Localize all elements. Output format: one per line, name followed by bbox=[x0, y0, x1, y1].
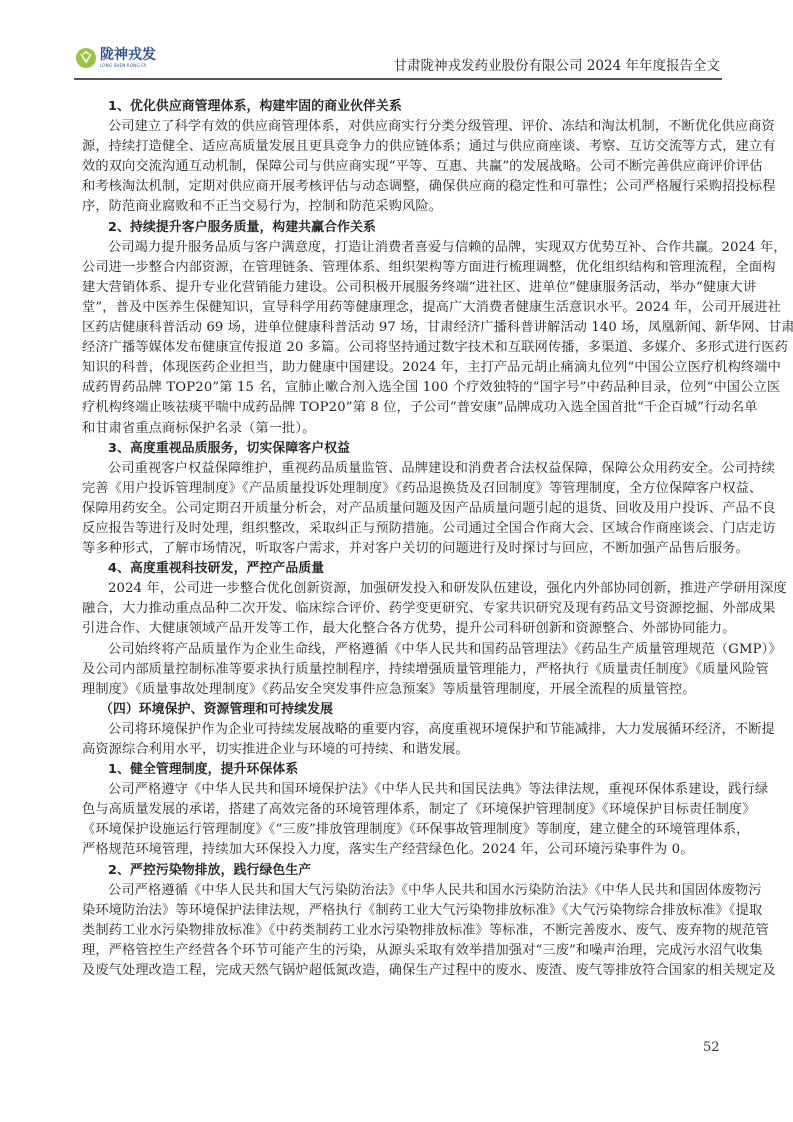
paragraph-first-line: 公司严格遵循《中华人民共和国大气污染防治法》《中华人民共和国水污染防治法》《中华… bbox=[82, 881, 732, 901]
paragraph-line: 知识的科普，体现医药企业担当，助力健康中国建设。2024 年，主打产品元胡止痛滴… bbox=[82, 358, 732, 378]
paragraph-first-line: 公司竭力提升服务品质与客户满意度，打造让消费者喜爱与信赖的品牌，实现双方优势互补… bbox=[82, 238, 732, 258]
paragraph-first-line: 公司将环境保护作为企业可持续发展战略的重要内容，高度重视环境保护和节能减排，大力… bbox=[82, 720, 732, 740]
paragraph-line: 疗机构终端止咳祛痰平喘中成药品牌 TOP20”第 8 位，子公司“普安康”品牌成… bbox=[82, 398, 732, 418]
paragraph-line: 和考核淘汰机制，定期对供应商开展考核评估与动态调整，确保供应商的稳定性和可靠性；… bbox=[82, 177, 732, 197]
report-title: 甘肃陇神戎发药业股份有限公司 2024 年年度报告全文 bbox=[394, 54, 720, 74]
paragraph-first-line: 公司建立了科学有效的供应商管理体系，对供应商实行分类分级管理、评价、冻结和淘汰机… bbox=[82, 117, 732, 137]
section-heading: 1、优化供应商管理体系，构建牢固的商业伙伴关系 bbox=[82, 97, 732, 117]
section-heading: 3、高度重视品质服务，切实保障客户权益 bbox=[82, 439, 732, 459]
paragraph-line: 严格规范环境管理，持续加大环保投入力度，落实生产经营绿色化。2024 年，公司环… bbox=[82, 840, 732, 860]
paragraph-line: 色与高质量发展的承诺，搭建了高效完备的环境管理体系，制定了《环境保护管理制度》《… bbox=[82, 800, 732, 820]
header-divider bbox=[74, 78, 722, 80]
paragraph-first-line: 公司始终将产品质量作为企业生命线，严格遵循《中华人民共和国药品管理法》《药品生产… bbox=[82, 640, 732, 660]
paragraph-line: 及废气处理改造工程，完成天然气锅炉超低氮改造，确保生产过程中的废水、废渣、废气等… bbox=[82, 961, 732, 981]
paragraph-line: 理制度》《质量事故处理制度》《药品安全突发事件应急预案》等质量管理制度，开展全流… bbox=[82, 680, 732, 700]
paragraph-line: 和甘肃省重点商标保护名录（第一批）。 bbox=[82, 419, 732, 439]
paragraph-line: 源，持续打造健全、适应高质量发展且更具竞争力的供应链体系；通过与供应商座谈、考察… bbox=[82, 137, 732, 157]
section-heading: 2、持续提升客户服务质量，构建共赢合作关系 bbox=[82, 218, 732, 238]
paragraph-line: 高资源综合利用水平，切实推进企业与环境的可持续、和谐发展。 bbox=[82, 740, 732, 760]
paragraph-line: 等多种形式，了解市场情况，听取客户需求，并对客户关切的问题进行及时探讨与回应，不… bbox=[82, 539, 732, 559]
paragraph-line: 堂”，普及中医养生保健知识，宣导科学用药等健康理念，提高广大消费者健康生活意识水… bbox=[82, 298, 732, 318]
paragraph-line: 反应报告等进行及时处理，组织整改，采取纠正与预防措施。公司通过全国合作商大会、区… bbox=[82, 519, 732, 539]
paragraph-line: 成药胃药品牌 TOP20”第 15 名，宣肺止嗽合剂入选全国 100 个疗效独特… bbox=[82, 378, 732, 398]
company-logo: 陇神戎发 LONG SHEN RONG FA bbox=[76, 48, 156, 68]
paragraph-line: 融合，大力推动重点品种二次开发、临床综合评价、药学变更研究、专家共识研究及现有药… bbox=[82, 599, 732, 619]
paragraph-line: 建大营销体系、提升专业化营销能力建设。公司积极开展服务终端“进社区、进单位”健康… bbox=[82, 278, 732, 298]
section-heading: 2、严控污染物排放，践行绿色生产 bbox=[82, 861, 732, 881]
paragraph-line: 染环境防治法》等环境保护法律法规，严格执行《制药工业大气污染物排放标准》《大气污… bbox=[82, 901, 732, 921]
paragraph-line: 及公司内部质量控制标准等要求执行质量控制程序，持续增强质量管理能力，严格执行《质… bbox=[82, 660, 732, 680]
paragraph-line: 区药店健康科普活动 69 场，进单位健康科普活动 97 场，甘肃经济广播科普讲解… bbox=[82, 318, 732, 338]
paragraph-line: 效的双向交流沟通互动机制，保障公司与供应商实现“平等、互惠、共赢”的发展战略。公… bbox=[82, 157, 732, 177]
report-body: 1、优化供应商管理体系，构建牢固的商业伙伴关系公司建立了科学有效的供应商管理体系… bbox=[82, 97, 732, 981]
logo-english-name: LONG SHEN RONG FA bbox=[100, 63, 156, 68]
logo-chinese-name: 陇神戎发 bbox=[100, 48, 156, 63]
section-heading: 1、健全管理制度，提升环保体系 bbox=[82, 760, 732, 780]
paragraph-line: 保障用药安全。公司定期召开质量分析会，对产品质量问题及因产品质量问题引起的退货、… bbox=[82, 499, 732, 519]
paragraph-first-line: 公司严格遵守《中华人民共和国环境保护法》《中华人民共和国民法典》等法律法规，重视… bbox=[82, 780, 732, 800]
paragraph-first-line: 公司重视客户权益保障维护，重视药品质量监管、品牌建设和消费者合法权益保障，保障公… bbox=[82, 459, 732, 479]
paragraph-first-line: 2024 年，公司进一步整合优化创新资源，加强研发投入和研发队伍建设，强化内外部… bbox=[82, 579, 732, 599]
paragraph-line: 公司进一步整合内部资源，在管理链条、管理体系、组织架构等方面进行梳理调整，优化组… bbox=[82, 258, 732, 278]
section-heading: 4、高度重视科技研发，严控产品质量 bbox=[82, 559, 732, 579]
logo-icon bbox=[76, 48, 96, 68]
page-header: 陇神戎发 LONG SHEN RONG FA 甘肃陇神戎发药业股份有限公司 20… bbox=[74, 46, 720, 82]
paragraph-line: 经济广播等媒体发布健康宣传报道 20 多篇。公司将坚持通过数字技术和互联网传播，… bbox=[82, 338, 732, 358]
paragraph-line: 《环境保护设施运行管理制度》《“三废”排放管理制度》《环保事故管理制度》等制度，… bbox=[82, 820, 732, 840]
paragraph-line: 完善《用户投诉管理制度》《产品质量投诉处理制度》《药品退换货及召回制度》等管理制… bbox=[82, 479, 732, 499]
paragraph-line: 理，严格管控生产经营各个环节可能产生的污染，从源头采取有效举措加强对“三废”和噪… bbox=[82, 941, 732, 961]
paragraph-line: 类制药工业水污染物排放标准》《中药类制药工业水污染物排放标准》等标准，不断完善废… bbox=[82, 921, 732, 941]
page-number: 52 bbox=[703, 1040, 720, 1055]
paragraph-line: 序，防范商业腐败和不正当交易行为，控制和防范采购风险。 bbox=[82, 197, 732, 217]
paragraph-line: 引进合作、大健康领域产品开发等工作，最大化整合各方优势，提升公司科研创新和资源整… bbox=[82, 619, 732, 639]
section-heading: （四）环境保护、资源管理和可持续发展 bbox=[82, 700, 732, 720]
